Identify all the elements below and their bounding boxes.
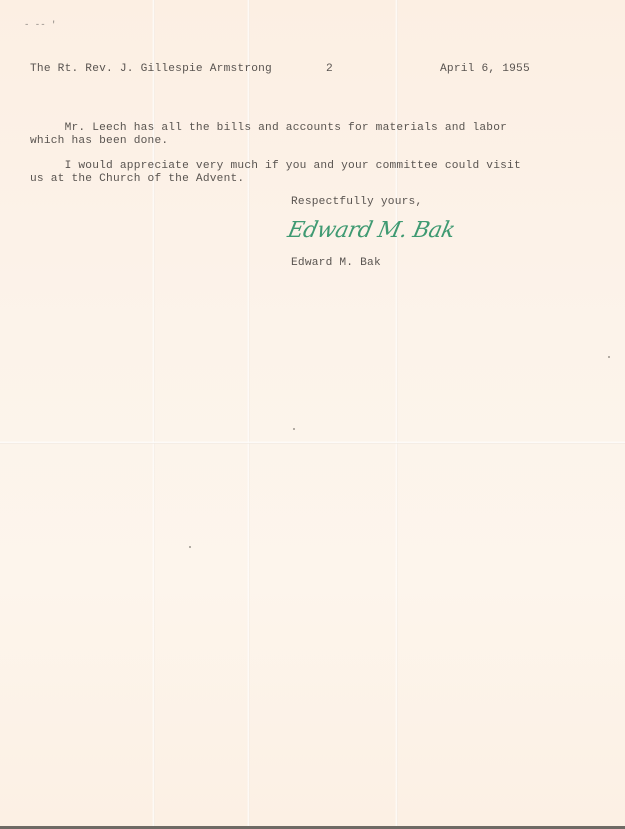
- closing-salutation: Respectfully yours,: [291, 196, 422, 209]
- header-page-number: 2: [326, 63, 333, 76]
- body-paragraph-1-line-1: Mr. Leech has all the bills and accounts…: [30, 122, 507, 135]
- handwritten-signature: Edward M. Bak: [285, 218, 457, 243]
- body-paragraph-1-line-2: which has been done.: [30, 135, 168, 148]
- paper-speck: [608, 356, 610, 358]
- typed-signature-name: Edward M. Bak: [291, 257, 381, 270]
- fold-crease-horizontal: [0, 441, 625, 444]
- letter-page: - -- ' The Rt. Rev. J. Gillespie Armstro…: [0, 0, 625, 829]
- paper-speck: [189, 546, 191, 548]
- margin-mark: - -- ': [24, 20, 56, 30]
- body-paragraph-2-line-2: us at the Church of the Advent.: [30, 173, 244, 186]
- body-paragraph-2-line-1: I would appreciate very much if you and …: [30, 160, 521, 173]
- header-recipient: The Rt. Rev. J. Gillespie Armstrong: [30, 63, 272, 76]
- paper-speck: [293, 428, 295, 430]
- header-date: April 6, 1955: [440, 63, 530, 76]
